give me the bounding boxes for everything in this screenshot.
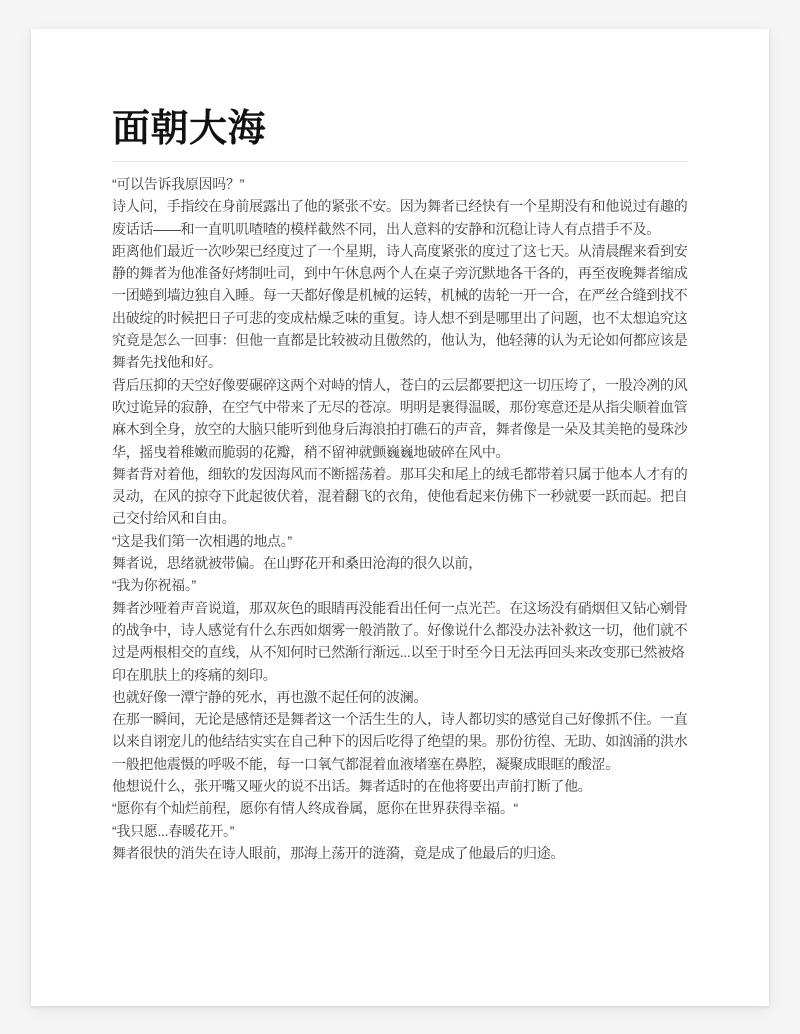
paragraph: 也就好像一潭宁静的死水，再也激不起任何的波澜。 — [112, 686, 688, 708]
article-body: “可以告诉我原因吗？” 诗人问，手指绞在身前展露出了他的紧张不安。因为舞者已经快… — [112, 173, 688, 864]
paragraph: 诗人问，手指绞在身前展露出了他的紧张不安。因为舞者已经快有一个星期没有和他说过有… — [112, 195, 688, 240]
paragraph: 背后压抑的天空好像要碾碎这两个对峙的情人，苍白的云层都要把这一切压垮了，一股冷冽… — [112, 374, 688, 463]
paragraph: 距离他们最近一次吵架已经度过了一个星期，诗人高度紧张的度过了这七天。从清晨醒来看… — [112, 240, 688, 374]
title-divider — [112, 161, 688, 162]
document-card: 面朝大海 “可以告诉我原因吗？” 诗人问，手指绞在身前展露出了他的紧张不安。因为… — [31, 29, 769, 1006]
paragraph: 在那一瞬间，无论是感情还是舞者这一个活生生的人，诗人都切实的感觉自己好像抓不住。… — [112, 708, 688, 775]
paragraph: “我为你祝福。” — [112, 574, 688, 596]
page-background: 面朝大海 “可以告诉我原因吗？” 诗人问，手指绞在身前展露出了他的紧张不安。因为… — [0, 0, 800, 1034]
paragraph: 舞者背对着他，细软的发因海风而不断摇荡着。那耳尖和尾上的绒毛都带着只属于他本人才… — [112, 463, 688, 530]
paragraph: “愿你有个灿烂前程，愿你有情人终成眷属，愿你在世界获得幸福。“ — [112, 797, 688, 819]
page-title: 面朝大海 — [112, 107, 688, 151]
paragraph: “我只愿...春暖花开。” — [112, 820, 688, 842]
paragraph: 舞者说，思绪就被带偏。在山野花开和桑田沧海的很久以前， — [112, 552, 688, 574]
paragraph: 舞者很快的消失在诗人眼前，那海上荡开的涟漪，竟是成了他最后的归途。 — [112, 842, 688, 864]
paragraph: “这是我们第一次相遇的地点。” — [112, 530, 688, 552]
paragraph: 他想说什么，张开嘴又哑火的说不出话。舞者适时的在他将要出声前打断了他。 — [112, 775, 688, 797]
paragraph: “可以告诉我原因吗？” — [112, 173, 688, 195]
paragraph: 舞者沙哑着声音说道，那双灰色的眼睛再没能看出任何一点光芒。在这场没有硝烟但又钻心… — [112, 597, 688, 686]
